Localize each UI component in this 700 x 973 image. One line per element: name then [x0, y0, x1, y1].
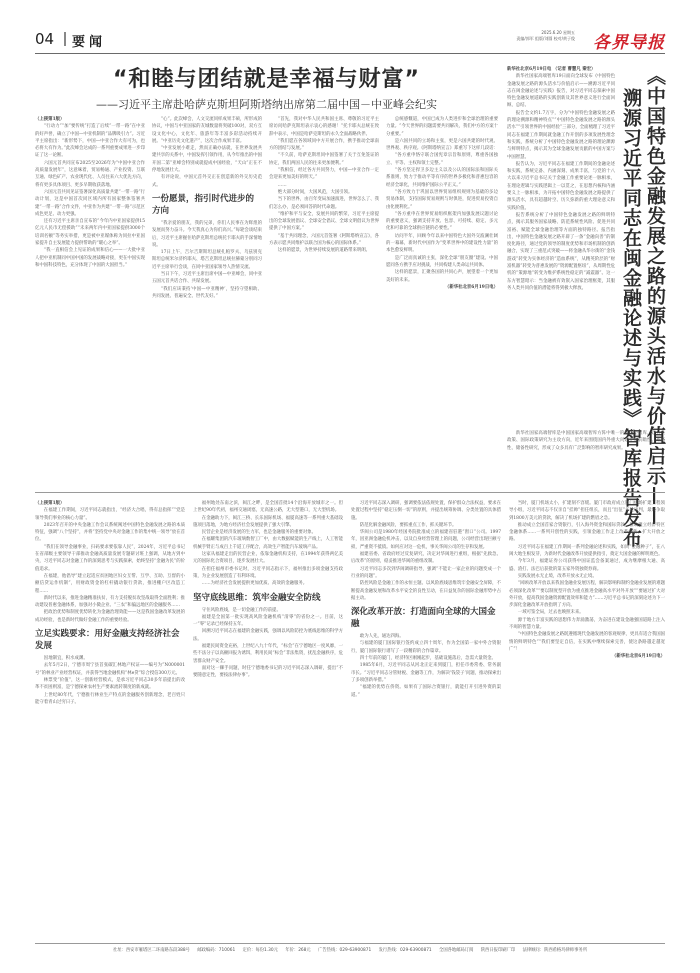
paragraph: 1985年6月，习近平同志从河北正定来到厦门，担任市委常委、常务副市长。“习近平…: [351, 662, 501, 684]
paragraph: “福建的优势在侨资。如果有了国际合资银行，就能打开引进外资的渠道。”: [351, 684, 501, 699]
paragraph: 守住风险底线，是一切金融工作的前提。: [193, 607, 343, 614]
paragraph: 习近平同志多次到华闽调研指导，强调“不能让一家企业的问题变成一个行业的问题”。: [351, 566, 501, 581]
issue-date: 2025.6.20: [541, 30, 561, 35]
paragraph: 在福建，他倡导“建立起适应贫困地区妇女互帮、互学、互助、互督的小额信贷运作机制”…: [35, 573, 185, 595]
main-article-column-2: “心”。此次峰会，人文交流同样成果丰硕，所形成的协议，中国与中亚国家的友城数量将…: [152, 116, 262, 436]
paragraph: 福州地处东南之滨，闽江之畔，是全国首批14个沿海开放城市之一。但上世纪90年代初…: [193, 500, 343, 515]
paragraph: 与福建的厦门国际银行签约成立四十周年，作为全国第一家中外合资银行，厦门国际银行谱…: [351, 640, 501, 655]
paragraph: 有评论说，中国元首外交正在创造新的外交历史范式。: [152, 174, 262, 189]
paragraph: 防范化解金融风险，要抓重点工作，抓关键环节。: [351, 522, 501, 529]
continued-marker: （上接第1版）: [35, 116, 145, 123]
footer-subscription: 全国各地邮局订阅: [439, 948, 473, 953]
horizontal-rule: [505, 492, 665, 493]
paragraph: 17日上午，吉尔吉斯斯坦总统扎帕罗夫、乌兹别克斯坦总统米尔济约耶夫、塔吉克斯坦总…: [152, 249, 262, 271]
paragraph: “首先，我对中华人民共和国主席、尊敬的习近平主席访问哈萨克斯坦表示衷心的感谢！”…: [269, 116, 379, 138]
paragraph: “我相信，经过各方共同努力，中国—中亚合作一定会迎来更加美好的明天。”: [269, 167, 379, 182]
paragraph: “各方重申在世界贸易组织框架内加强发展议题讨论的重要意义，强调支持开放、包容、可…: [386, 211, 498, 233]
sidebar-article-body: 新华社北京6月19日电 （记者 曹慧凡 秦宏） 新华社国家高端智库19日面向全球…: [507, 66, 615, 426]
footer-printer: 陕西日报印刷厂印: [481, 948, 515, 953]
paragraph: 新华社国家高端智库是中国国家高端智库方阵中唯一的媒体型智库，以公共政策、国际政策…: [507, 430, 665, 452]
paragraph: 当时，厦门机场太小，扩建刻不容缓。厦门市政府成立厦门机场扩建工程领导小组，习近平…: [509, 500, 665, 522]
section-heading: 深化改革开放：打造面向全球的大国金融: [351, 606, 501, 630]
newspaper-masthead-logo: 各界导报: [593, 28, 665, 53]
section-heading: 立足实践要求：用好金融支持经济社会发展: [35, 628, 185, 652]
section-heading: 一份愿景，指引时代进步的方向: [152, 193, 262, 217]
paragraph: 习近平同志在福建工作期间一系列金融论述和实践，如同“金融种子”，在八闽大地生根发…: [509, 544, 665, 559]
paragraph: “我们在领导金融事业，扫码要求要依靠人民”，2024年，习近平总书记在省部级主要…: [35, 544, 185, 573]
paragraph: 回溯习近平同志在福建的金融实践，强调以风险防控为底线思维的科学方法。: [193, 628, 343, 643]
paragraph: 访问半年，回顾今年以来中国特色大国外交波澜壮阔的一幕幕，新时代中国作为“变革世界…: [386, 233, 498, 255]
paragraph: “我亲爱的朋友，我的兄弟，你们人民事在为辉煌的发展而努力奋斗。今天我真心为你们高…: [152, 220, 262, 249]
paragraph: 六国元首共同宣布2025至2026年为“中国中亚合作高质量发展年”，这意味着，贸…: [35, 160, 145, 189]
footer-address: 社址：西安市雁塔区二环南路东段388号: [113, 948, 190, 953]
paragraph: 实践发展永无止境，改革开放永无止境。: [509, 573, 665, 580]
paragraph: 福建是全国第一批实现高风险金融机构“清零”的省份之一。目前，这一“零”记录已经保…: [193, 614, 343, 629]
paragraph: 报告系统分析了中国特色金融发展之路的鲜明特点，揭示其服务国家战略、防范系统性风险…: [507, 212, 615, 292]
sidebar-article-closing: 新华社国家高端智库是中国国家高端智库方阵中唯一的媒体型智库，以公共政策、国际政策…: [507, 430, 665, 476]
paragraph: 还有习近平主席亲自宣布的“今年内中亚国家提供15亿元人民币无偿援助”“未来两年内…: [35, 218, 145, 247]
paragraph: “基于共同理念，六国元首签署《阿斯塔纳宣言》，各方表示愿共同维护以联合国为核心的…: [269, 233, 379, 248]
paragraph: 新华社国家高端智库19日面向全球发布《中国特色金融发展之路的源头活水与价值启示—…: [507, 73, 615, 109]
dateline-text: 新华社北京6月19日电: [507, 67, 551, 72]
main-subheadline: ——习近平主席赴哈萨克斯坦阿斯塔纳出席第二届中国－中亚峰会纪实: [35, 96, 498, 112]
paragraph: 报告全文约1.7万字，分为“中国特色金融发展之路的理论溯源和精神特点”“中国特色…: [507, 110, 615, 161]
main-article-column-4: 总统感慨道，中国已成为人类进步和全球治理的重要力量。“今天世界的问题需要共同解决…: [386, 116, 498, 436]
paragraph: 福建省委、省政府经过反复研究，决定对华闽进行重组，根据“先救急、后改革”的原则，…: [351, 551, 501, 566]
paragraph: 源于地方丰富实践的思想伟力奔涌激荡，为奋进在建设金融强国道路上注入不竭的智慧力量…: [509, 617, 665, 632]
second-article-column-1: （上接第1版） 在福建工作期间，习近平同志就指出，“经济大合唱，得有总指挥”“党…: [35, 500, 185, 935]
footer-price: 定价：每份1.30元: [243, 948, 278, 953]
paragraph: 一域可鉴全局，过去也映照未来。: [509, 609, 665, 616]
paragraph: “维护和平与安全，发展共同的繁荣，习近平主席提出的全球发展倡议、全球安全倡议、全…: [269, 211, 379, 233]
paragraph: 福建民间资金充裕，上世纪八九十年代，“标会”在宁德地区一度风靡，一些不法分子以高…: [193, 643, 343, 665]
section-title: 要闻: [72, 31, 106, 50]
paragraph: “各方致力于巩固以世界贸易组织规则为基础的多边贸易体制，支持国际贸易规则与时俱进…: [386, 189, 498, 211]
page-number: 04: [35, 30, 54, 48]
paragraph: 习近平同志深入调研，强调要依法依规处置，保护群众合法权益，要求在处置过程中坚持“…: [351, 500, 501, 522]
paragraph: 四十年前的厦门，经济特区刚刚起步，基础设施落后，急需大量资金。: [351, 655, 501, 662]
paragraph: “行动力”“加”要传统”打造了后续“一带一路”在中亚的好声誉，确立了中国—中亚机…: [35, 123, 145, 159]
page-header: 04 要闻 2025.6.20 星期五 责编/郭军 组版/刘圆 校对/黄子俊 各…: [35, 28, 665, 54]
paragraph: 华闽公司是1980年经国务院批准成立的福建省驻港“窗口”公司。1997年，因亚洲…: [351, 529, 501, 551]
issue-weekday: 星期五: [563, 30, 575, 35]
paragraph: 上世纪80年代，宁德推行林业生产特点的金融服务创新理念，老百姓只能守着青山过穷日…: [35, 692, 185, 707]
paragraph: “不久前，哈萨克斯坦同中国签署了关于互免签证的协定，我们两国人民的往来更加便利。…: [269, 152, 379, 167]
paragraph: 是六国共同的立场和主张，更是六国共建的时代观、世界观、秩序观。《阿斯塔纳宣言》郑…: [386, 138, 498, 153]
paragraph: “各方坚定捍卫多边主义以及公认的国际法和国际关系准则，致力于推动平等有序的世界多…: [386, 167, 498, 189]
second-article-column-4: 当时，厦门机场太小，扩建刻不容缓。厦门市政府成立厦门机场扩建工程领导小组，习近平…: [509, 500, 665, 935]
footer-legal-counsel: 法律顾问：陕西希格玛律师事务所: [523, 948, 587, 953]
paragraph: 在福建工作期间，习近平同志就指出，“经济大合唱，得有总指挥”“党是领导我们事业的…: [35, 507, 185, 522]
editors-credit: 责编/郭军 组版/刘圆 校对/黄子俊: [516, 36, 575, 42]
paragraph: 把政治优势和制度优势转化为金融治理效能——这是我国金融改革发展的成功经验，也是新…: [35, 609, 185, 624]
paragraph: 防控风险是金融工作的永恒主题。以风险底线思维筑牢金融安全屏障，不断提高金融发展和…: [351, 580, 501, 602]
paragraph: 在金融助力下，闽江三桥、长乐国际机场、福厦高速等一系列重大基础设施项目落地，为地…: [193, 515, 343, 530]
sidebar-vertical-subtitle: 溯源习近平同志在闽金融论述与实践》智库报告发布: [620, 88, 642, 548]
page-footer: 社址：西安市雁塔区二环南路东段388号 邮政编码：710061 定价：每份1.3…: [35, 943, 665, 953]
paragraph: “回顾改革开放以来我国金融业发展历程，解决影响和制约金融业发展的难题必须深化改革…: [509, 580, 665, 609]
second-article-column-2: 福州地处东南之滨，闽江之畔，是全国首批14个沿海开放城市之一。但上世纪90年代初…: [193, 500, 343, 935]
paragraph: “中亚发展小难走，然而正确办法就，在世界发展共建共享的关系中，中国发挥引领作用，…: [152, 145, 262, 174]
paragraph: 当下的世界，由百年变局加速演进，世界怎么了、我们怎么办，是必须回答的时代命题。: [269, 196, 379, 211]
paragraph: 新时代以来，推进金融精准扶贫，有力支持脱贫攻坚战取得全面胜利；推动建设普惠金融体…: [35, 595, 185, 610]
paragraph: 在福耀集团的汽车玻璃数智工厂中，由大数据赋能的生产线上，人工智能机械手臂正与成百…: [193, 536, 343, 551]
paragraph: “我一直相信会上见证的成果和信心——一大批中亚人把中亚机制同中国中国的发展战略对…: [35, 247, 145, 269]
horizontal-rule: [35, 492, 505, 493]
paragraph: ……为经济社会发展提供更加优质、高效的金融服务。: [193, 580, 343, 587]
footer-postcode: 邮政编码：710061: [197, 948, 235, 953]
paragraph: 敢为人先，通达四海。: [351, 633, 501, 640]
paragraph: “我们愿在各领域同中方开展合作，携手推动全球南方的团结与发展。”: [269, 138, 379, 153]
paragraph: 这样的愿景，为世界持续发展的道路带来明朗。: [269, 247, 379, 254]
paragraph: 绝大部分时间，大国风范，大国引领。: [269, 189, 379, 196]
header-meta: 2025.6.20 星期五 责编/郭军 组版/刘圆 校对/黄子俊: [516, 30, 575, 42]
paragraph: 总统感慨道，中国已成为人类进步和全球治理的重要力量。“今天世界的问题需要共同解决…: [386, 116, 498, 138]
paragraph: 林票变“价值”，这一创新经营模式，是承习近平同志30多年前提出的改革不贫困则富，…: [35, 677, 185, 692]
paragraph: “各方重申恪守联合国宪章宗旨和原则，尊重各国独立、平等、主权和领土完整。”: [386, 152, 498, 167]
second-article-column-3: 习近平同志深入调研，强调要依法依规处置，保护群众合法权益，要求在处置过程中坚持“…: [351, 500, 501, 935]
paragraph: 报告认为，习近平同志在福建工作期间的金融论述和实践，系统完备、内涵深刻、成果丰富…: [507, 161, 615, 212]
section-heading: 坚守底线思维：筑牢金融安全防线: [193, 592, 343, 604]
reporters: （记者 曹慧凡 秦宏）: [553, 67, 596, 72]
paragraph: 这样的愿景，汇聚各国的共同心声，展望着一个更加美好的未来。: [386, 269, 498, 284]
paragraph: “我们应该秉持‘中国—中亚精神’，坚持守望相助、共同发展、普遍安全、世代友好。”: [152, 286, 262, 301]
paragraph: 2023年召开的中央金融工作会议系统阐述中国特色金融发展之路的本质特征，强调“八…: [35, 522, 185, 544]
paragraph: 面对这一棘手问题，时任宁德地委书记的习近平同志深入调研，提出“不要随意定性，要按…: [193, 665, 343, 680]
paragraph: 今年3月，福建证券公司获得中国证监会备案通过，成为继摩根大通、高盛、渣打、法巴后…: [509, 558, 665, 573]
article-sign-off: （新华社北京6月19日电）: [386, 284, 498, 291]
paragraph: ……: [269, 182, 379, 189]
paragraph: “心”。此次峰会，人文交流同样成果丰硕，所形成的协议，中国与中亚国家的友城数量将…: [152, 116, 262, 145]
footer-ad-hotline: 广告热线：029-63900871: [318, 948, 371, 953]
paragraph: 去年5月2日，宁德市周宁县首张碳汇林地产权证——编号为“N000001号”的林业…: [35, 662, 185, 677]
paragraph: 六国元首共同见证签署深化高质量共建“一带一路”行动计划，这是中国首次同区域内所有…: [35, 189, 145, 218]
paragraph: 民营企业是经济发展的生力军，也是金融服务的重要对象。: [193, 529, 343, 536]
paragraph: “中国特色金融发展之路既遵循现代金融发展的客观规律，更具有适合我国国情的鲜明特色…: [509, 631, 665, 653]
article-sign-off: （新华社北京6月19日电）: [509, 653, 665, 660]
dateline: 新华社北京6月19日电 （记者 曹慧凡 秦宏）: [507, 66, 615, 73]
paragraph: 在担任福州市委书记时，习近平同志指示下，福州推出多项金融支持政策，为企业发展创造…: [193, 566, 343, 581]
footer-annual-price: 年价：268元: [285, 948, 310, 953]
continued-marker: （上接第1版）: [35, 500, 185, 507]
paragraph: 这家从福建走出的民营企业，依靠金融机构支持，在1994年获得两亿美元的国际化合资…: [193, 551, 343, 566]
main-article-column-3: “首先，我对中华人民共和国主席、尊敬的习近平主席访问哈萨克斯坦表示衷心的感谢！”…: [269, 116, 379, 436]
paragraph: 推动成立全国首家合资银行，引入海外资金和国际贷款，推动建立经济特区金融体系……一…: [509, 522, 665, 544]
page-number-separator: [64, 32, 66, 46]
paragraph: 是广泛而真诚的主张，深化全球“朋友圈”建设。中国愿同各方携手应对挑战，共同构建人…: [386, 255, 498, 270]
paragraph: 因地制宜，积水成渊。: [35, 655, 185, 662]
paragraph: 当日下午，习近平主席出席中国—中亚峰会，同中亚五国元首共话合作、共谋发展。: [152, 271, 262, 286]
footer-distribution-hotline: 发行热线：029-63900871: [379, 948, 432, 953]
main-headline: “和睦与团结就是幸福与财富”: [35, 62, 498, 93]
main-article-column-1: （上接第1版） “行动力”“加”要传统”打造了后续“一带一路”在中亚的好声誉，确…: [35, 116, 145, 436]
